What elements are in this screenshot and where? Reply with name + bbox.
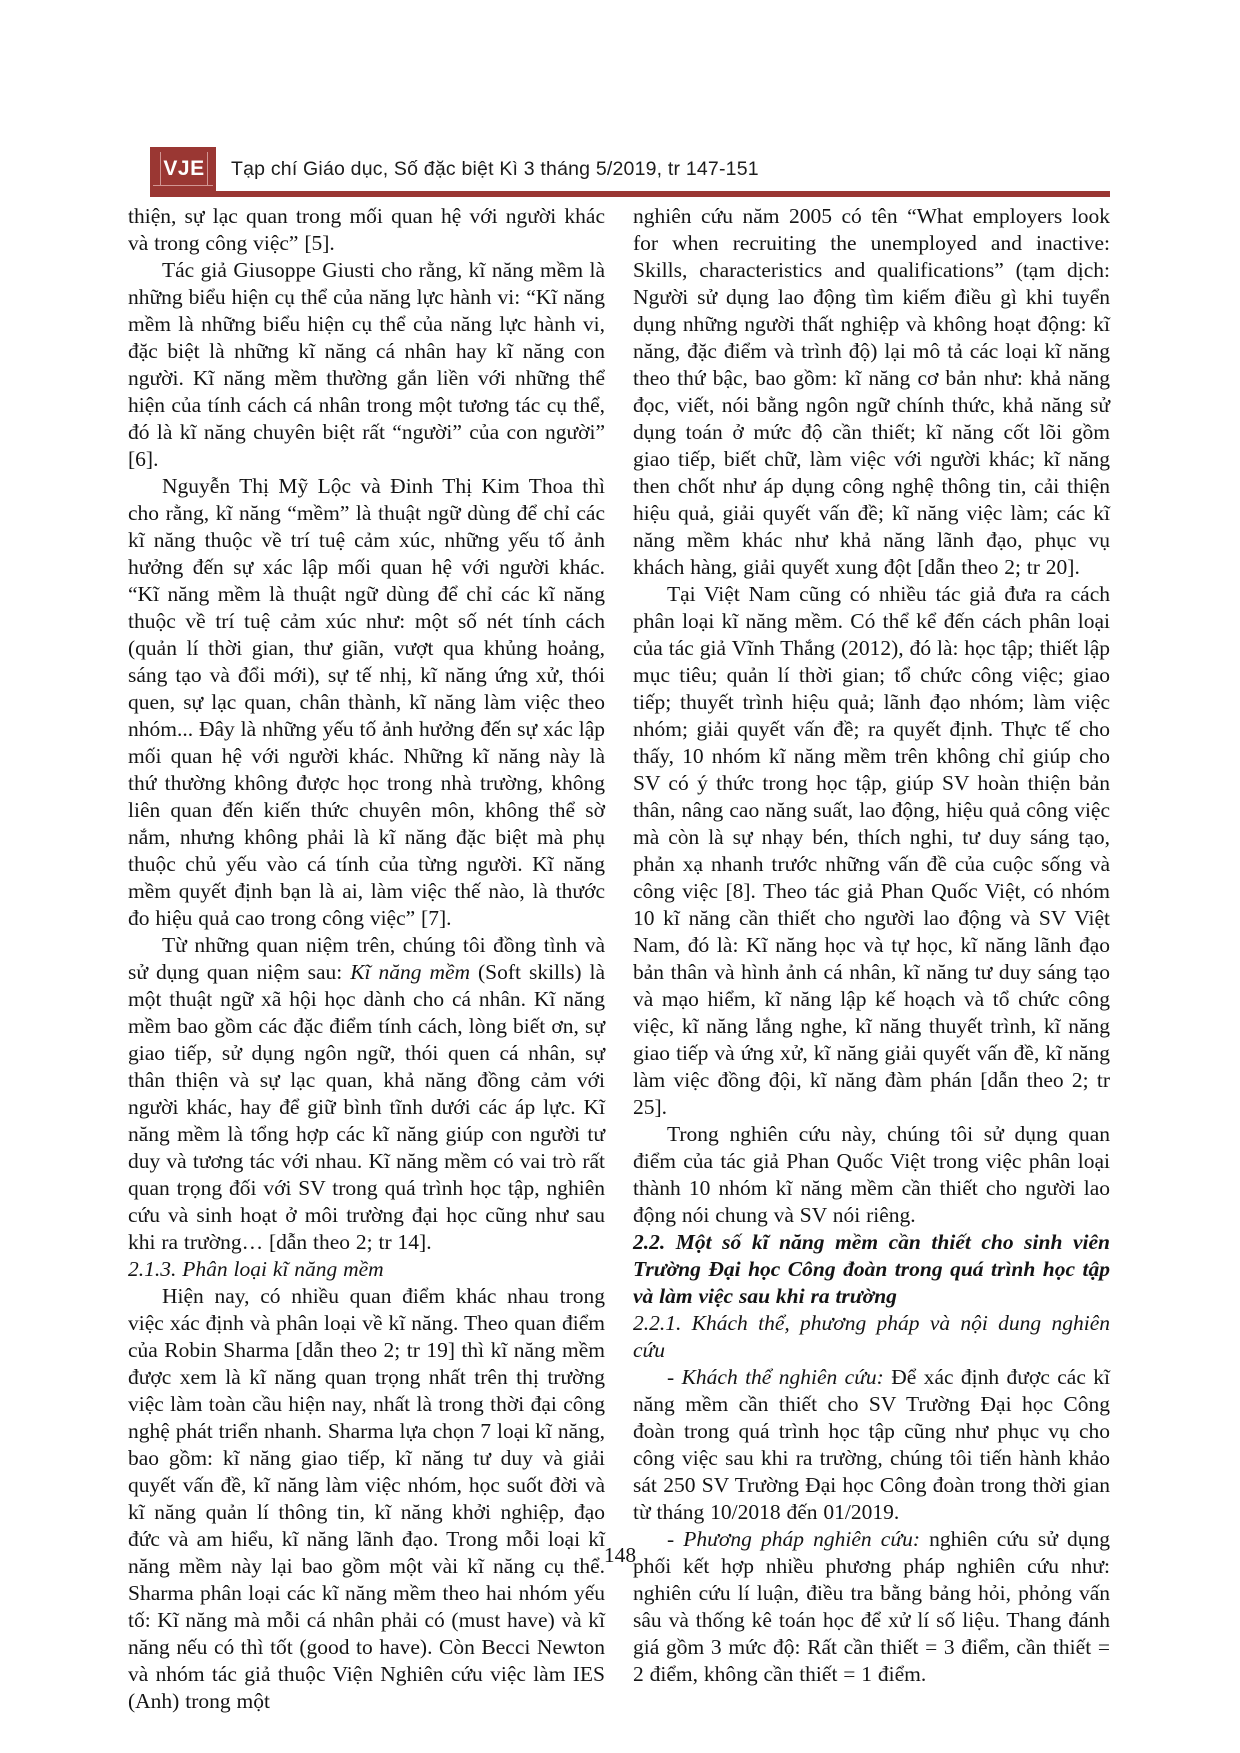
paragraph: - Khách thể nghiên cứu: Để xác định được…: [633, 1364, 1110, 1526]
paragraph-continuation: thiện, sự lạc quan trong mối quan hệ với…: [128, 203, 605, 257]
logo-frame-line: [153, 185, 213, 186]
subsection-heading-2-2-1: 2.2.1. Khách thể, phương pháp và nội dun…: [633, 1310, 1110, 1364]
paragraph: Trong nghiên cứu này, chúng tôi sử dụng …: [633, 1121, 1110, 1229]
paragraph: Tại Việt Nam cũng có nhiều tác giả đưa r…: [633, 581, 1110, 1121]
journal-page: VJE Tạp chí Giáo dục, Số đặc biệt Kì 3 t…: [0, 0, 1240, 1753]
section-heading-2-2: 2.2. Một số kĩ năng mềm cần thiết cho si…: [633, 1229, 1110, 1310]
paragraph-continuation: nghiên cứu năm 2005 có tên “What employe…: [633, 203, 1110, 581]
subsection-heading-2-1-3: 2.1.3. Phân loại kĩ năng mềm: [128, 1256, 605, 1283]
left-column: thiện, sự lạc quan trong mối quan hệ với…: [128, 203, 605, 1715]
paragraph-text: (Soft skills) là một thuật ngữ xã hội họ…: [128, 960, 605, 1254]
logo-frame-line: [207, 152, 208, 185]
page-number: 148: [0, 1543, 1240, 1568]
right-column: nghiên cứu năm 2005 có tên “What employe…: [633, 203, 1110, 1688]
vje-logo-text: VJE: [163, 155, 205, 183]
paragraph: Tác giả Giusoppe Giusti cho rằng, kĩ năn…: [128, 257, 605, 473]
header-rule: [150, 191, 1110, 197]
italic-term: Kĩ năng mềm: [350, 960, 470, 984]
paragraph: Từ những quan niệm trên, chúng tôi đồng …: [128, 932, 605, 1256]
italic-term: Khách thể nghiên cứu:: [682, 1365, 884, 1389]
vje-logo: VJE: [150, 147, 216, 197]
list-dash: -: [667, 1365, 682, 1389]
paragraph: Nguyễn Thị Mỹ Lộc và Đinh Thị Kim Thoa t…: [128, 473, 605, 932]
journal-citation-line: Tạp chí Giáo dục, Số đặc biệt Kì 3 tháng…: [231, 158, 759, 181]
logo-frame-line: [160, 152, 161, 185]
paragraph: Hiện nay, có nhiều quan điểm khác nhau t…: [128, 1283, 605, 1715]
